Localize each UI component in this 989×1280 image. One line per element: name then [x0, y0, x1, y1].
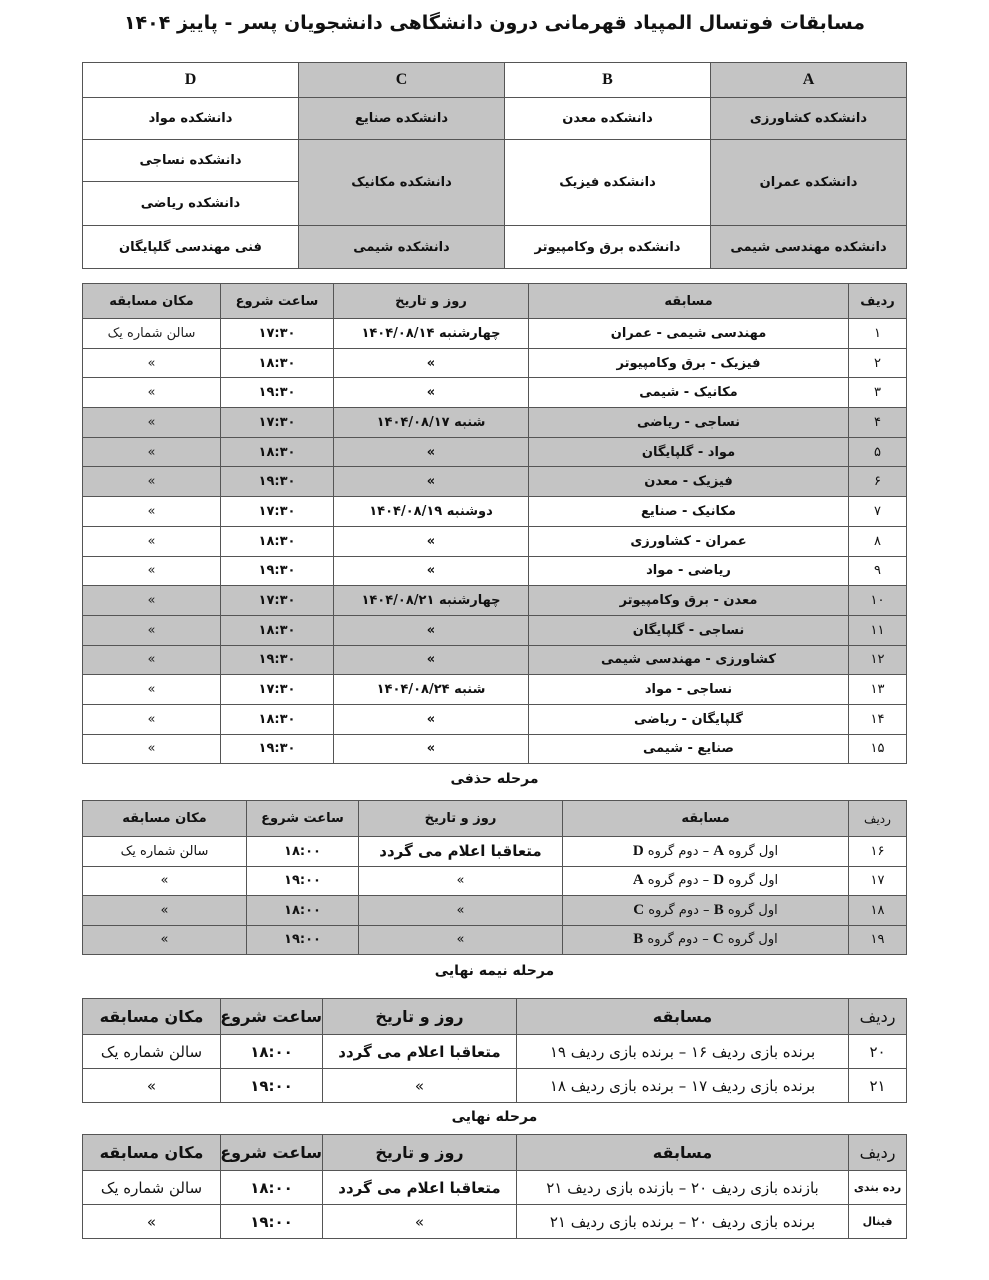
match-teams: ریاضی - مواد — [529, 556, 849, 586]
col-date-header: روز و تاریخ — [323, 1135, 517, 1171]
match-index: ۱۵ — [849, 734, 907, 764]
table-header-row: مکان مسابقه ساعت شروع روز و تاریخ مسابقه… — [83, 999, 907, 1035]
match-teams: برنده بازی ردیف ۱۶ – برنده بازی ردیف ۱۹ — [517, 1035, 849, 1069]
match-index: ۱۶ — [849, 837, 907, 867]
match-teams: صنایع - شیمی — [529, 734, 849, 764]
group-c-header: C — [299, 63, 505, 98]
match-location: » — [83, 586, 221, 616]
match-location: » — [83, 1069, 221, 1103]
match-time: ۱۹:۳۰ — [221, 467, 334, 497]
group-a-team: دانشکده عمران — [711, 140, 907, 226]
match-time: ۱۸:۳۰ — [221, 526, 334, 556]
match-index: ۵ — [849, 437, 907, 467]
group-letter: D — [633, 843, 644, 859]
match-index: ۲۱ — [849, 1069, 907, 1103]
col-index-header: ردیف — [849, 999, 907, 1035]
match-time: ۱۸:۰۰ — [221, 1171, 323, 1205]
table-row: »۱۹:۳۰»ریاضی - مواد۹ — [83, 556, 907, 586]
col-match-header: مسابقه — [563, 801, 849, 837]
table-row: »۱۸:۳۰»عمران - کشاورزی۸ — [83, 526, 907, 556]
table-row: سالن شماره یک۱۷:۳۰چهارشنبه ۱۴۰۴/۰۸/۱۴مهن… — [83, 319, 907, 349]
group-c-team: دانشکده صنایع — [299, 98, 505, 140]
group-letter: B — [633, 931, 643, 947]
match-index: ۱۰ — [849, 586, 907, 616]
match-time: ۱۸:۳۰ — [221, 615, 334, 645]
col-date-header: روز و تاریخ — [334, 284, 529, 319]
match-time: ۱۹:۳۰ — [221, 556, 334, 586]
second-place-label: – دوم گروه — [644, 903, 714, 918]
match-location: سالن شماره یک — [83, 837, 247, 867]
match-index: ۷ — [849, 497, 907, 527]
first-place-label: اول گروه — [724, 932, 778, 947]
match-date: » — [334, 734, 529, 764]
match-location: » — [83, 556, 221, 586]
match-index: ۱۷ — [849, 866, 907, 896]
col-index-header: ردیف — [849, 801, 907, 837]
final-title: مرحله نهایی — [0, 1109, 989, 1125]
match-date: » — [334, 378, 529, 408]
match-teams: فیزیک - معدن — [529, 467, 849, 497]
match-index: ۱۹ — [849, 925, 907, 955]
match-date: » — [334, 556, 529, 586]
match-time: ۱۸:۳۰ — [221, 348, 334, 378]
match-location: » — [83, 925, 247, 955]
table-row: »۱۹:۰۰»برنده بازی ردیف ۲۰ – برنده بازی ر… — [83, 1205, 907, 1239]
match-date: » — [323, 1205, 517, 1239]
match-date: دوشنبه ۱۴۰۴/۰۸/۱۹ — [334, 497, 529, 527]
col-match-header: مسابقه — [517, 999, 849, 1035]
col-date-header: روز و تاریخ — [359, 801, 563, 837]
match-teams: بازنده بازی ردیف ۲۰ – بازنده بازی ردیف ۲… — [517, 1171, 849, 1205]
match-location: سالن شماره یک — [83, 1035, 221, 1069]
match-date: » — [359, 925, 563, 955]
semifinal-table: مکان مسابقه ساعت شروع روز و تاریخ مسابقه… — [82, 998, 907, 1103]
table-row: »۱۹:۰۰»اول گروه C – دوم گروه B۱۹ — [83, 925, 907, 955]
match-date: شنبه ۱۴۰۴/۰۸/۱۷ — [334, 408, 529, 438]
table-row: »۱۹:۳۰»مکانیک - شیمی۳ — [83, 378, 907, 408]
match-teams: اول گروه A – دوم گروه D — [563, 837, 849, 867]
first-place-label: اول گروه — [724, 873, 778, 888]
match-date: » — [323, 1069, 517, 1103]
table-row: »۱۷:۳۰شنبه ۱۴۰۴/۰۸/۱۷نساجی - ریاضی۴ — [83, 408, 907, 438]
second-place-label: – دوم گروه — [644, 873, 714, 888]
match-time: ۱۷:۳۰ — [221, 675, 334, 705]
semifinal-title: مرحله نیمه نهایی — [0, 963, 989, 979]
table-header-row: مکان مسابقه ساعت شروع روز و تاریخ مسابقه… — [83, 284, 907, 319]
group-a-team: دانشکده کشاورزی — [711, 98, 907, 140]
match-time: ۱۸:۰۰ — [247, 896, 359, 926]
match-teams: نساجی - گلپایگان — [529, 615, 849, 645]
match-index: ۲۰ — [849, 1035, 907, 1069]
match-index: ۱۳ — [849, 675, 907, 705]
match-date: متعاقبا اعلام می گردد — [323, 1035, 517, 1069]
match-time: ۱۹:۰۰ — [221, 1069, 323, 1103]
col-time-header: ساعت شروع — [221, 284, 334, 319]
match-time: ۱۸:۰۰ — [247, 837, 359, 867]
match-teams: اول گروه D – دوم گروه A — [563, 866, 849, 896]
match-time: ۱۹:۰۰ — [247, 866, 359, 896]
table-row: »۱۸:۳۰»نساجی - گلپایگان۱۱ — [83, 615, 907, 645]
match-date: متعاقبا اعلام می گردد — [323, 1171, 517, 1205]
match-index: ۹ — [849, 556, 907, 586]
match-date: » — [334, 437, 529, 467]
group-d-team: دانشکده ریاضی — [83, 182, 299, 226]
match-location: » — [83, 675, 221, 705]
col-match-header: مسابقه — [517, 1135, 849, 1171]
table-row: »۱۷:۳۰چهارشنبه ۱۴۰۴/۰۸/۲۱معدن - برق وکام… — [83, 586, 907, 616]
table-row: سالن شماره یک۱۸:۰۰متعاقبا اعلام می گرددب… — [83, 1035, 907, 1069]
col-time-header: ساعت شروع — [247, 801, 359, 837]
table-row: »۱۹:۰۰»برنده بازی ردیف ۱۷ – برنده بازی ر… — [83, 1069, 907, 1103]
group-b-team: دانشکده فیزیک — [505, 140, 711, 226]
match-teams: مواد - گلپایگان — [529, 437, 849, 467]
match-time: ۱۸:۳۰ — [221, 704, 334, 734]
match-time: ۱۷:۳۰ — [221, 408, 334, 438]
match-teams: کشاورزی - مهندسی شیمی — [529, 645, 849, 675]
match-index: ۱۱ — [849, 615, 907, 645]
match-teams: مهندسی شیمی - عمران — [529, 319, 849, 349]
match-location: » — [83, 866, 247, 896]
match-date: متعاقبا اعلام می گردد — [359, 837, 563, 867]
second-place-label: – دوم گروه — [643, 932, 713, 947]
table-row: سالن شماره یک۱۸:۰۰متعاقبا اعلام می گرددب… — [83, 1171, 907, 1205]
match-teams: مکانیک - شیمی — [529, 378, 849, 408]
match-index: ۶ — [849, 467, 907, 497]
first-place-label: اول گروه — [724, 844, 778, 859]
match-teams: اول گروه B – دوم گروه C — [563, 896, 849, 926]
col-time-header: ساعت شروع — [221, 999, 323, 1035]
group-letter: D — [713, 872, 724, 888]
match-teams: برنده بازی ردیف ۲۰ – برنده بازی ردیف ۲۱ — [517, 1205, 849, 1239]
match-location: » — [83, 437, 221, 467]
col-index-header: ردیف — [849, 1135, 907, 1171]
group-letter: C — [633, 902, 644, 918]
group-b-team: دانشکده برق وکامپیوتر — [505, 226, 711, 269]
match-index: فینال — [849, 1205, 907, 1239]
match-index: ۱۴ — [849, 704, 907, 734]
table-row: »۱۹:۳۰»کشاورزی - مهندسی شیمی۱۲ — [83, 645, 907, 675]
group-c-team: دانشکده شیمی — [299, 226, 505, 269]
match-location: » — [83, 497, 221, 527]
group-letter: A — [633, 872, 644, 888]
match-date: » — [334, 645, 529, 675]
match-teams: برنده بازی ردیف ۱۷ – برنده بازی ردیف ۱۸ — [517, 1069, 849, 1103]
first-place-label: اول گروه — [724, 903, 778, 918]
group-letter: A — [713, 843, 724, 859]
match-time: ۱۹:۰۰ — [247, 925, 359, 955]
col-time-header: ساعت شروع — [221, 1135, 323, 1171]
match-index: ۴ — [849, 408, 907, 438]
match-location: سالن شماره یک — [83, 319, 221, 349]
group-d-team: دانشکده مواد — [83, 98, 299, 140]
match-teams: نساجی - ریاضی — [529, 408, 849, 438]
match-index: ۸ — [849, 526, 907, 556]
match-location: » — [83, 734, 221, 764]
col-location-header: مکان مسابقه — [83, 999, 221, 1035]
match-location: » — [83, 645, 221, 675]
match-time: ۱۹:۰۰ — [221, 1205, 323, 1239]
match-teams: گلپایگان - ریاضی — [529, 704, 849, 734]
group-a-header: A — [711, 63, 907, 98]
knockout-title: مرحله حذفی — [0, 771, 989, 787]
match-time: ۱۸:۳۰ — [221, 437, 334, 467]
match-location: » — [83, 615, 221, 645]
table-row: »۱۹:۳۰»فیزیک - معدن۶ — [83, 467, 907, 497]
match-date: » — [334, 526, 529, 556]
group-d-team: فنی مهندسی گلپایگان — [83, 226, 299, 269]
col-location-header: مکان مسابقه — [83, 284, 221, 319]
table-row: »۱۸:۳۰»گلپایگان - ریاضی۱۴ — [83, 704, 907, 734]
group-stage-table: مکان مسابقه ساعت شروع روز و تاریخ مسابقه… — [82, 283, 907, 764]
table-row: »۱۸:۳۰»فیزیک - برق وکامپیوتر۲ — [83, 348, 907, 378]
page-title: مسابقات فوتسال المپیاد قهرمانی درون دانش… — [0, 12, 989, 34]
match-location: » — [83, 1205, 221, 1239]
match-date: » — [359, 896, 563, 926]
match-date: » — [334, 615, 529, 645]
table-row: »۱۹:۳۰»صنایع - شیمی۱۵ — [83, 734, 907, 764]
table-header-row: مکان مسابقه ساعت شروع روز و تاریخ مسابقه… — [83, 801, 907, 837]
match-location: » — [83, 526, 221, 556]
col-match-header: مسابقه — [529, 284, 849, 319]
match-teams: نساجی - مواد — [529, 675, 849, 705]
table-row: سالن شماره یک۱۸:۰۰متعاقبا اعلام می گرددا… — [83, 837, 907, 867]
group-b-header: B — [505, 63, 711, 98]
match-location: » — [83, 348, 221, 378]
final-table: مکان مسابقه ساعت شروع روز و تاریخ مسابقه… — [82, 1134, 907, 1239]
match-time: ۱۷:۳۰ — [221, 319, 334, 349]
col-date-header: روز و تاریخ — [323, 999, 517, 1035]
match-time: ۱۹:۳۰ — [221, 734, 334, 764]
match-location: » — [83, 378, 221, 408]
match-time: ۱۷:۳۰ — [221, 497, 334, 527]
match-date: شنبه ۱۴۰۴/۰۸/۲۴ — [334, 675, 529, 705]
match-date: » — [334, 704, 529, 734]
match-index: رده بندی — [849, 1171, 907, 1205]
match-location: » — [83, 896, 247, 926]
group-letter: B — [714, 902, 724, 918]
match-time: ۱۹:۳۰ — [221, 378, 334, 408]
table-row: »۱۷:۳۰شنبه ۱۴۰۴/۰۸/۲۴نساجی - مواد۱۳ — [83, 675, 907, 705]
match-location: » — [83, 704, 221, 734]
group-letter: C — [713, 931, 724, 947]
match-location: » — [83, 408, 221, 438]
match-date: » — [359, 866, 563, 896]
group-c-team: دانشکده مکانیک — [299, 140, 505, 226]
match-index: ۱ — [849, 319, 907, 349]
match-time: ۱۸:۰۰ — [221, 1035, 323, 1069]
table-row: »۱۹:۰۰»اول گروه D – دوم گروه A۱۷ — [83, 866, 907, 896]
match-teams: معدن - برق وکامپیوتر — [529, 586, 849, 616]
groups-table: D C B A دانشکده مواد دانشکده صنایع دانشک… — [82, 62, 907, 269]
match-teams: فیزیک - برق وکامپیوتر — [529, 348, 849, 378]
match-date: چهارشنبه ۱۴۰۴/۰۸/۱۴ — [334, 319, 529, 349]
match-date: چهارشنبه ۱۴۰۴/۰۸/۲۱ — [334, 586, 529, 616]
table-row: »۱۸:۰۰»اول گروه B – دوم گروه C۱۸ — [83, 896, 907, 926]
group-b-team: دانشکده معدن — [505, 98, 711, 140]
match-time: ۱۹:۳۰ — [221, 645, 334, 675]
table-row: »۱۷:۳۰دوشنبه ۱۴۰۴/۰۸/۱۹مکانیک - صنایع۷ — [83, 497, 907, 527]
col-location-header: مکان مسابقه — [83, 801, 247, 837]
col-index-header: ردیف — [849, 284, 907, 319]
group-d-header: D — [83, 63, 299, 98]
match-index: ۱۲ — [849, 645, 907, 675]
group-d-team: دانشکده نساجی — [83, 140, 299, 182]
group-a-team: دانشکده مهندسی شیمی — [711, 226, 907, 269]
col-location-header: مکان مسابقه — [83, 1135, 221, 1171]
match-location: سالن شماره یک — [83, 1171, 221, 1205]
match-time: ۱۷:۳۰ — [221, 586, 334, 616]
second-place-label: – دوم گروه — [644, 844, 714, 859]
match-index: ۱۸ — [849, 896, 907, 926]
match-teams: عمران - کشاورزی — [529, 526, 849, 556]
table-header-row: مکان مسابقه ساعت شروع روز و تاریخ مسابقه… — [83, 1135, 907, 1171]
match-date: » — [334, 348, 529, 378]
match-index: ۲ — [849, 348, 907, 378]
match-date: » — [334, 467, 529, 497]
table-row: »۱۸:۳۰»مواد - گلپایگان۵ — [83, 437, 907, 467]
knockout-table: مکان مسابقه ساعت شروع روز و تاریخ مسابقه… — [82, 800, 907, 955]
match-location: » — [83, 467, 221, 497]
match-index: ۳ — [849, 378, 907, 408]
match-teams: مکانیک - صنایع — [529, 497, 849, 527]
match-teams: اول گروه C – دوم گروه B — [563, 925, 849, 955]
